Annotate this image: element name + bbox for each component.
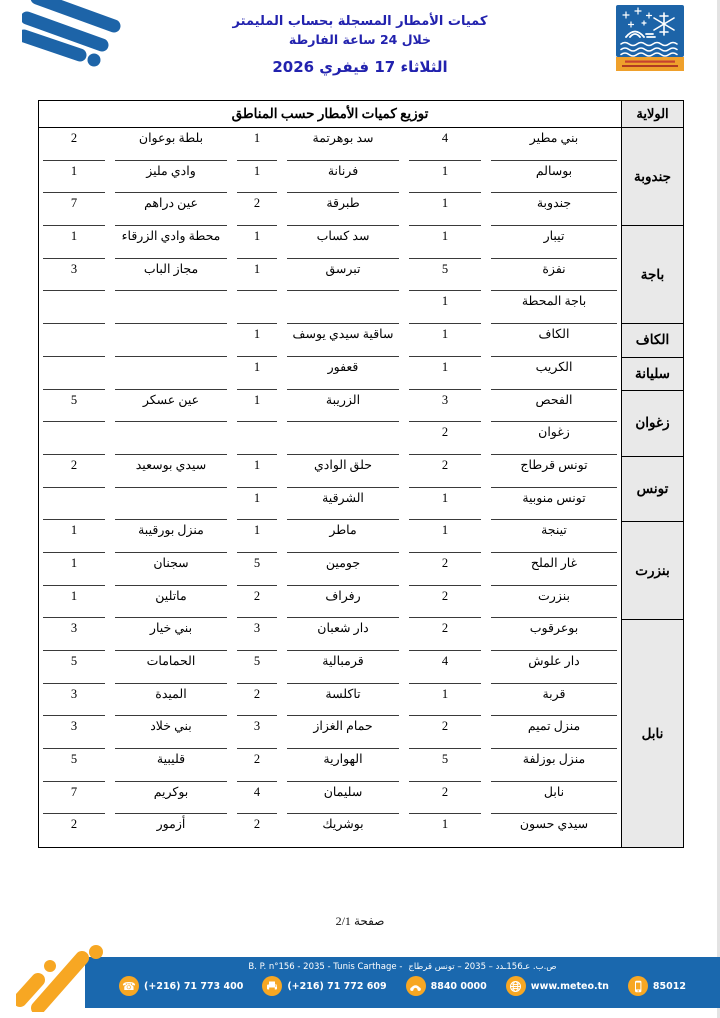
- footer-address-arabic: ص.ب. عـ156ـدد – 2035 – تونس قرطاج: [408, 962, 556, 972]
- rainfall-value: 2: [237, 586, 277, 619]
- rainfall-value: [43, 324, 105, 357]
- station-name: الزريبة: [287, 390, 399, 423]
- rainfall-value: 5: [43, 749, 105, 782]
- rainfall-value: 2: [237, 193, 277, 226]
- table-row: 2بلطة بوعوان1سد بوهرتمة4بني مطير: [39, 128, 621, 161]
- rainfall-value: 1: [43, 520, 105, 553]
- rainfall-value: 1: [237, 488, 277, 521]
- station-name: دار علوش: [491, 651, 617, 684]
- rainfall-value: 2: [409, 782, 481, 815]
- station-name: تينجة: [491, 520, 617, 553]
- station-name: طبرقة: [287, 193, 399, 226]
- rainfall-value: 1: [409, 226, 481, 259]
- globe-icon: [506, 976, 526, 996]
- table-row: 3بني خيار3دار شعبان2بوعرقوب: [39, 618, 621, 651]
- contact-item: 85012: [628, 976, 686, 996]
- rainfall-value: 3: [237, 716, 277, 749]
- rainfall-value: 4: [409, 651, 481, 684]
- rainfall-value: 2: [43, 814, 105, 847]
- governorate-column: جندوبةباجةالكافسليانةزغوانتونسبنزرتنابل: [621, 128, 683, 847]
- table-row: 2سيدي بوسعيد1حلق الوادي2تونس قرطاج: [39, 455, 621, 488]
- station-name: فرنانة: [287, 161, 399, 194]
- station-name: [287, 291, 399, 324]
- rainfall-value: 1: [237, 390, 277, 423]
- governorate-cell: نابل: [622, 620, 683, 847]
- table-row: 2أزمور2بوشريك1سيدي حسون: [39, 814, 621, 847]
- table-row: 3بني خلاد3حمام الغزاز2منزل تميم: [39, 716, 621, 749]
- station-name: ماطر: [287, 520, 399, 553]
- rainfall-value: 1: [237, 357, 277, 390]
- rainfall-value: 2: [43, 128, 105, 161]
- rainfall-value: 2: [409, 455, 481, 488]
- station-name: قليبية: [115, 749, 227, 782]
- rainfall-value: 2: [409, 553, 481, 586]
- station-name: سيدي حسون: [491, 814, 617, 847]
- table-row: 1سجنان5جومين2غار الملح: [39, 553, 621, 586]
- station-name: رفراف: [287, 586, 399, 619]
- station-name: الكريب: [491, 357, 617, 390]
- governorate-cell: باجة: [622, 226, 683, 324]
- governorate-cell: جندوبة: [622, 128, 683, 226]
- contact-text: www.meteo.tn: [531, 981, 609, 992]
- station-name: [115, 357, 227, 390]
- stations-area: 2بلطة بوعوان1سد بوهرتمة4بني مطير1وادي مل…: [39, 128, 621, 847]
- rainfall-value: 1: [43, 161, 105, 194]
- governorate-cell: بنزرت: [622, 522, 683, 620]
- rainfall-value: 3: [43, 618, 105, 651]
- contact-text: 85012: [653, 981, 686, 992]
- station-name: تيبار: [491, 226, 617, 259]
- table-row: 1الشرقية1تونس منوبية: [39, 488, 621, 521]
- rainfall-value: [237, 291, 277, 324]
- page-number: صفحة 2/1: [0, 914, 720, 929]
- station-name: زغوان: [491, 422, 617, 455]
- station-name: جومين: [287, 553, 399, 586]
- rainfall-value: 1: [237, 455, 277, 488]
- station-name: محطة وادي الزرقاء: [115, 226, 227, 259]
- table-row: 1قعفور1الكريب: [39, 357, 621, 390]
- footer-stripes-decoration: [16, 942, 111, 1017]
- station-name: سد كساب: [287, 226, 399, 259]
- contact-text: 8840 0000: [431, 981, 487, 992]
- rainfall-value: 5: [409, 259, 481, 292]
- rainfall-value: 1: [409, 684, 481, 717]
- rainfall-value: 1: [43, 586, 105, 619]
- station-name: سليمان: [287, 782, 399, 815]
- rainfall-value: 2: [409, 716, 481, 749]
- stripes-logo-graphic: [22, 0, 122, 70]
- station-name: منزل بوزلفة: [491, 749, 617, 782]
- fax-icon: [262, 976, 282, 996]
- station-name: بني خلاد: [115, 716, 227, 749]
- rainfall-value: [43, 488, 105, 521]
- distribution-header: توزيع كميات الأمطار حسب المناطق: [39, 101, 621, 127]
- contact-item: www.meteo.tn: [506, 976, 609, 996]
- station-name: غار الملح: [491, 553, 617, 586]
- station-name: تبرسق: [287, 259, 399, 292]
- station-name: بوكريم: [115, 782, 227, 815]
- governorate-cell: الكاف: [622, 324, 683, 357]
- report-title-line2: خلال 24 ساعة الفارطة: [130, 32, 590, 47]
- rainfall-value: 2: [237, 684, 277, 717]
- table-row: 5قليبية2الهوارية5منزل بوزلفة: [39, 749, 621, 782]
- table-row: 1منزل بورقيبة1ماطر1تينجة: [39, 520, 621, 553]
- footer-stripes-graphic: [16, 942, 111, 1012]
- rainfall-value: 5: [43, 390, 105, 423]
- table-row: 3مجاز الباب1تبرسق5نفزة: [39, 259, 621, 292]
- contact-item: (+216) 71 772 609: [262, 976, 386, 996]
- station-name: نفزة: [491, 259, 617, 292]
- report-title-line1: كميات الأمطار المسجلة بحساب المليمتر: [130, 14, 590, 29]
- station-name: نابل: [491, 782, 617, 815]
- rainfall-value: 5: [43, 651, 105, 684]
- rainfall-value: 1: [43, 553, 105, 586]
- station-name: حلق الوادي: [287, 455, 399, 488]
- station-name: دار شعبان: [287, 618, 399, 651]
- table-row: 3الميدة2تاكلسة1قربة: [39, 684, 621, 717]
- station-name: [115, 324, 227, 357]
- contact-item: 8840 0000: [406, 976, 487, 996]
- rainfall-table: توزيع كميات الأمطار حسب المناطق الولاية …: [38, 100, 684, 848]
- table-row: 1محطة وادي الزرقاء1سد كساب1تيبار: [39, 226, 621, 259]
- governorate-cell: سليانة: [622, 358, 683, 391]
- page-root: { "header": { "title_line1": "كميات الأم…: [0, 0, 720, 1018]
- station-name: سد بوهرتمة: [287, 128, 399, 161]
- footer-contacts: ☎(+216) 71 773 400(+216) 71 772 6098840 …: [85, 976, 720, 996]
- station-name: بلطة بوعوان: [115, 128, 227, 161]
- station-name: [115, 422, 227, 455]
- station-name: الحمامات: [115, 651, 227, 684]
- station-name: جندوبة: [491, 193, 617, 226]
- rainfall-value: 1: [409, 488, 481, 521]
- station-name: بوشريك: [287, 814, 399, 847]
- station-name: قعفور: [287, 357, 399, 390]
- station-name: الشرقية: [287, 488, 399, 521]
- table-row: 5عين عسكر1الزريبة3الفحص: [39, 390, 621, 423]
- table-body: 2بلطة بوعوان1سد بوهرتمة4بني مطير1وادي مل…: [39, 128, 683, 847]
- rainfall-value: 1: [237, 259, 277, 292]
- table-row: 1ساقية سيدي يوسف1الكاف: [39, 324, 621, 357]
- station-name: أزمور: [115, 814, 227, 847]
- stripes-logo: [22, 0, 122, 75]
- station-name: قرمبالية: [287, 651, 399, 684]
- station-name: الهوارية: [287, 749, 399, 782]
- station-name: بني خيار: [115, 618, 227, 651]
- table-row: 7بوكريم4سليمان2نابل: [39, 782, 621, 815]
- station-name: قربة: [491, 684, 617, 717]
- station-name: بوسالم: [491, 161, 617, 194]
- table-row: 1وادي مليز1فرنانة1بوسالم: [39, 161, 621, 194]
- rainfall-value: 4: [237, 782, 277, 815]
- station-name: [115, 291, 227, 324]
- station-name: تونس قرطاج: [491, 455, 617, 488]
- table-row: 1باجة المحطة: [39, 291, 621, 324]
- station-name: سجنان: [115, 553, 227, 586]
- rainfall-value: 1: [409, 193, 481, 226]
- rainfall-value: 1: [43, 226, 105, 259]
- station-name: عين عسكر: [115, 390, 227, 423]
- rainfall-value: 5: [237, 553, 277, 586]
- footer-bar: B. P. n°156 - 2035 - Tunis Carthage - ص.…: [85, 957, 720, 1008]
- governorate-header: الولاية: [621, 101, 683, 127]
- station-name: بني مطير: [491, 128, 617, 161]
- rainfall-value: 1: [237, 520, 277, 553]
- station-name: منزل بورقيبة: [115, 520, 227, 553]
- rainfall-value: [43, 422, 105, 455]
- contact-text: (+216) 71 773 400: [144, 981, 243, 992]
- station-name: حمام الغزاز: [287, 716, 399, 749]
- report-titles: كميات الأمطار المسجلة بحساب المليمتر خلا…: [130, 14, 590, 76]
- station-name: تونس منوبية: [491, 488, 617, 521]
- rainfall-value: 3: [237, 618, 277, 651]
- station-name: ساقية سيدي يوسف: [287, 324, 399, 357]
- mobile-icon: [628, 976, 648, 996]
- contact-text: (+216) 71 772 609: [287, 981, 386, 992]
- governorate-cell: زغوان: [622, 391, 683, 457]
- rainfall-value: 1: [409, 324, 481, 357]
- table-row: 2زغوان: [39, 422, 621, 455]
- inm-emblem-graphic: [616, 5, 684, 71]
- rainfall-value: 3: [43, 684, 105, 717]
- rainfall-value: 3: [43, 259, 105, 292]
- rainfall-value: 7: [43, 193, 105, 226]
- station-name: باجة المحطة: [491, 291, 617, 324]
- rainfall-value: 5: [409, 749, 481, 782]
- rainfall-value: 1: [237, 128, 277, 161]
- station-name: وادي مليز: [115, 161, 227, 194]
- footer-address-latin: B. P. n°156 - 2035 - Tunis Carthage -: [248, 962, 402, 972]
- inm-emblem-logo: [616, 5, 684, 76]
- station-name: تاكلسة: [287, 684, 399, 717]
- rainfall-value: [237, 422, 277, 455]
- table-row: 5الحمامات5قرمبالية4دار علوش: [39, 651, 621, 684]
- rainfall-value: 3: [43, 716, 105, 749]
- rainfall-value: 2: [237, 749, 277, 782]
- phone-icon: ☎: [119, 976, 139, 996]
- station-name: منزل تميم: [491, 716, 617, 749]
- station-name: ماتلين: [115, 586, 227, 619]
- table-header-row: توزيع كميات الأمطار حسب المناطق الولاية: [39, 101, 683, 128]
- call-center-icon: [406, 976, 426, 996]
- station-name: سيدي بوسعيد: [115, 455, 227, 488]
- station-name: [287, 422, 399, 455]
- station-name: بوعرقوب: [491, 618, 617, 651]
- rainfall-value: 2: [409, 586, 481, 619]
- rainfall-value: 1: [409, 520, 481, 553]
- rainfall-value: [43, 357, 105, 390]
- table-row: 7عين دراهم2طبرقة1جندوبة: [39, 193, 621, 226]
- station-name: الكاف: [491, 324, 617, 357]
- contact-item: ☎(+216) 71 773 400: [119, 976, 243, 996]
- rainfall-value: 2: [237, 814, 277, 847]
- rainfall-value: 1: [237, 226, 277, 259]
- rainfall-value: 1: [409, 291, 481, 324]
- station-name: بنزرت: [491, 586, 617, 619]
- rainfall-value: 1: [237, 161, 277, 194]
- rainfall-value: 7: [43, 782, 105, 815]
- rainfall-value: 2: [409, 422, 481, 455]
- governorate-cell: تونس: [622, 457, 683, 523]
- rainfall-value: 5: [237, 651, 277, 684]
- rainfall-value: 2: [43, 455, 105, 488]
- station-name: الفحص: [491, 390, 617, 423]
- station-name: عين دراهم: [115, 193, 227, 226]
- rainfall-value: 1: [409, 357, 481, 390]
- rainfall-value: 4: [409, 128, 481, 161]
- table-row: 1ماتلين2رفراف2بنزرت: [39, 586, 621, 619]
- station-name: [115, 488, 227, 521]
- rainfall-value: [43, 291, 105, 324]
- report-date: الثلاثاء 17 فيفري 2026: [130, 58, 590, 76]
- station-name: الميدة: [115, 684, 227, 717]
- rainfall-value: 2: [409, 618, 481, 651]
- footer-address: B. P. n°156 - 2035 - Tunis Carthage - ص.…: [85, 957, 720, 972]
- rainfall-value: 3: [409, 390, 481, 423]
- rainfall-value: 1: [409, 161, 481, 194]
- station-name: مجاز الباب: [115, 259, 227, 292]
- rainfall-value: 1: [237, 324, 277, 357]
- rainfall-value: 1: [409, 814, 481, 847]
